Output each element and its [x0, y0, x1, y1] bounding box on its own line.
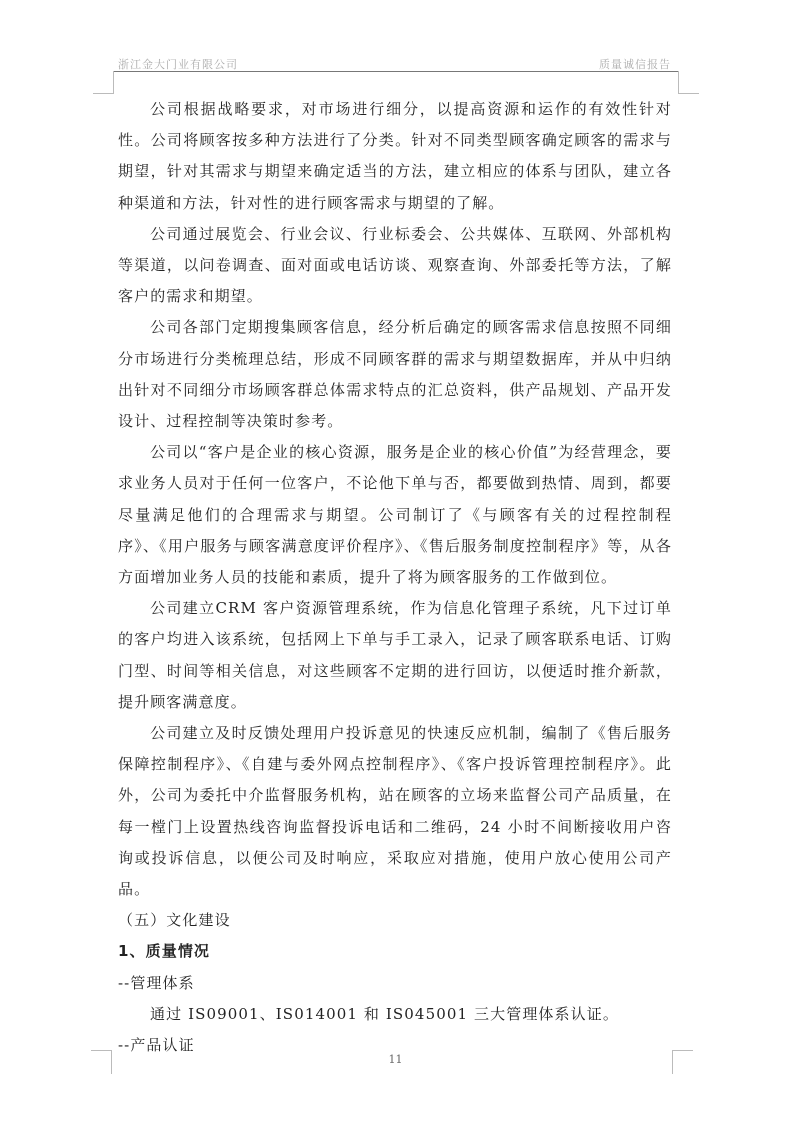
document-body: 公司根据战略要求，对市场进行细分，以提高资源和运作的有效性针对性。公司将顾客按多… — [118, 94, 672, 1061]
paragraph: 公司通过展览会、行业会议、行业标委会、公共媒体、互联网、外部机构等渠道，以问卷调… — [118, 219, 672, 313]
header-rule — [113, 71, 678, 72]
paragraph: 公司建立CRM 客户资源管理系统，作为信息化管理子系统，凡下过订单的客户均进入该… — [118, 593, 672, 718]
subheading: 1、质量情况 — [118, 936, 672, 967]
header-report-title: 质量诚信报告 — [599, 56, 671, 72]
item-label: --管理体系 — [118, 968, 672, 999]
paragraph: 公司根据战略要求，对市场进行细分，以提高资源和运作的有效性针对性。公司将顾客按多… — [118, 94, 672, 219]
corner-mark-top-left — [93, 71, 114, 94]
paragraph: 公司各部门定期搜集顾客信息，经分析后确定的顾客需求信息按照不同细分市场进行分类梳… — [118, 312, 672, 437]
header-company: 浙江金大门业有限公司 — [118, 56, 238, 72]
item-text: 通过 IS09001、IS014001 和 IS045001 三大管理体系认证。 — [118, 999, 672, 1030]
section-heading: （五）文化建设 — [118, 905, 672, 936]
paragraph: 公司建立及时反馈处理用户投诉意见的快速反应机制，编制了《售后服务保障控制程序》、… — [118, 718, 672, 905]
corner-mark-top-right — [678, 71, 699, 94]
page-number: 11 — [0, 1053, 791, 1066]
paragraph: 公司以“客户是企业的核心资源，服务是企业的核心价值”为经营理念，要求业务人员对于… — [118, 437, 672, 593]
